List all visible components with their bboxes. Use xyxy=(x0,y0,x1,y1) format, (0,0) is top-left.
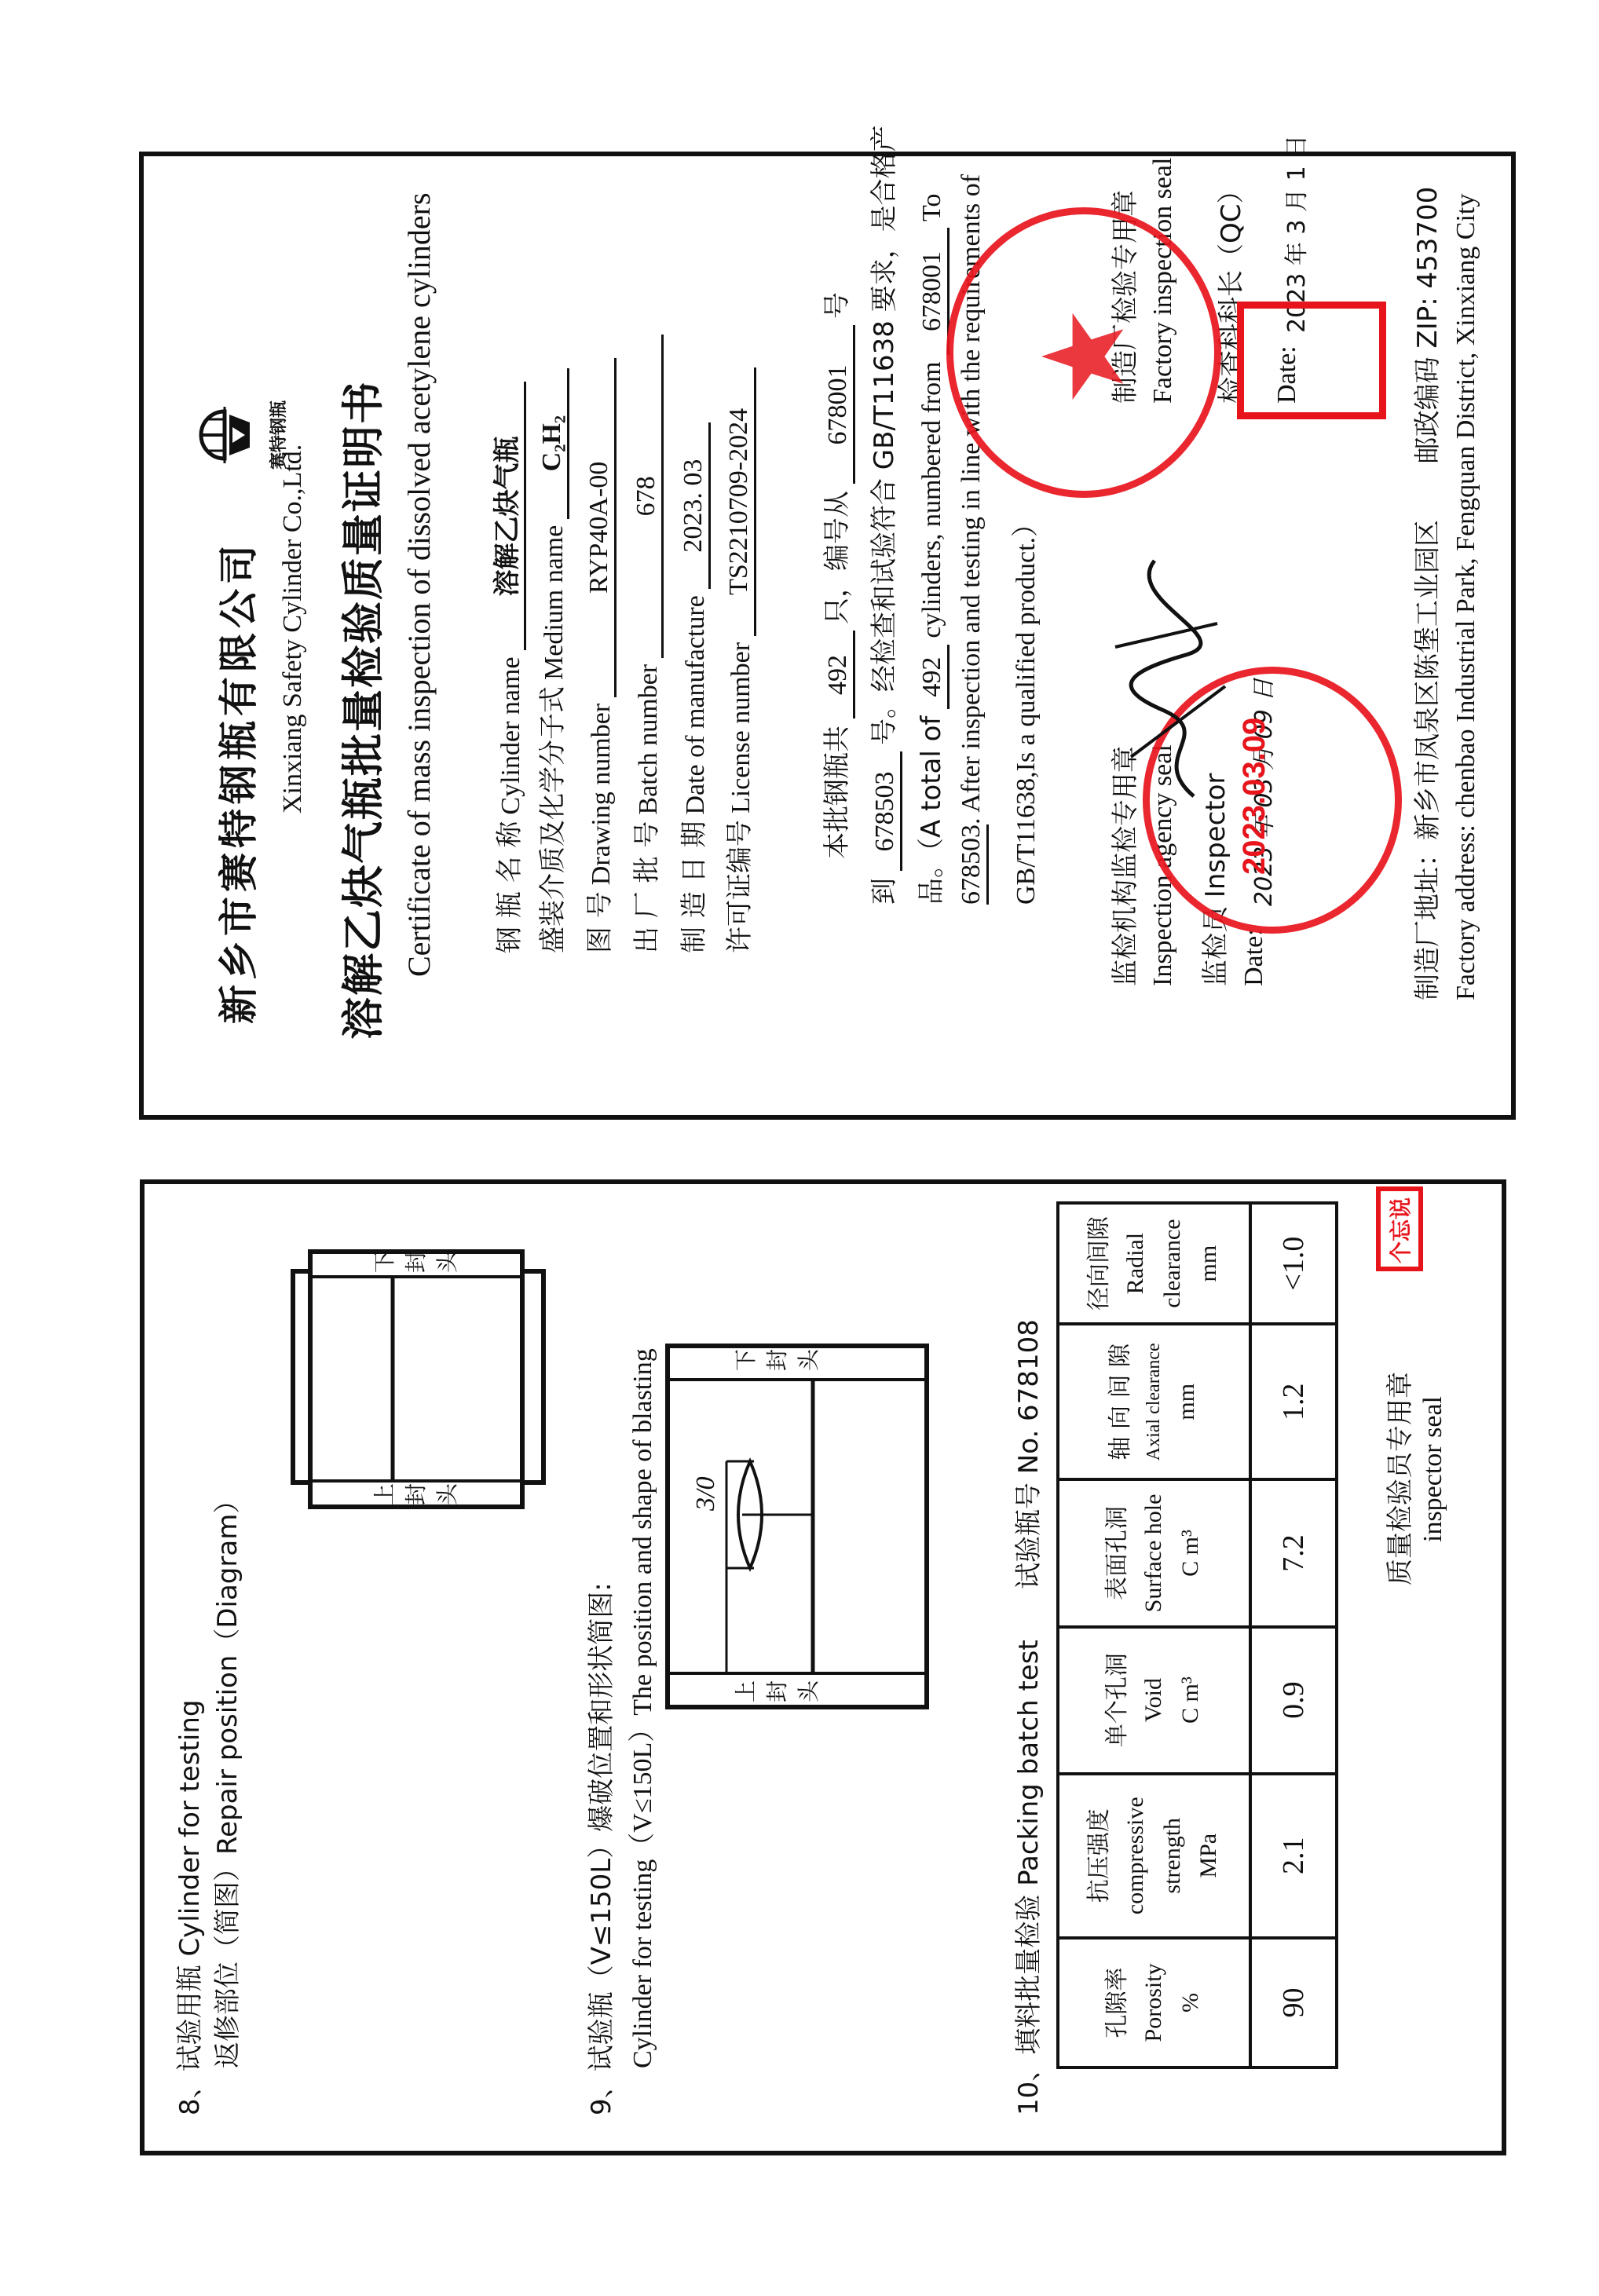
field-label-cn: 图 号 xyxy=(578,891,617,953)
date-left-label: Date: xyxy=(1239,928,1269,986)
packing-batch-table: 孔隙率Porosity% 抗压强度compressive strengthMPa… xyxy=(1056,1201,1338,2069)
company-logo-icon xyxy=(193,404,256,466)
blast-diagram-cap-bottom: 下封头 xyxy=(730,1344,825,1376)
qc-name-stamp xyxy=(1237,302,1386,419)
blast-position-diagram xyxy=(664,1338,935,1711)
table-header-cell: 单个孔洞VoidC m³ xyxy=(1058,1627,1250,1774)
factory-address-en: Factory address: chenbao Industrial Park… xyxy=(1451,194,1481,1000)
inspector-stamp-text: 个忘说 xyxy=(1384,1197,1415,1263)
blast-annotation: 3/0 xyxy=(691,1477,721,1511)
inspector-seal-label-en: inspector seal xyxy=(1418,1396,1448,1542)
repair-diagram-cap-top: 上封头 xyxy=(369,1483,463,1506)
inspector-signature xyxy=(1100,545,1241,804)
field-value: 溶解乙炔气瓶 xyxy=(485,382,526,650)
section-8-title: 8、试验用瓶 Cylinder for testing xyxy=(168,1700,207,2115)
table-cell-surface-hole: 7.2 xyxy=(1250,1479,1337,1626)
section-10-test-number: 试验瓶号 No. 678108 xyxy=(1007,1319,1045,1589)
field-medium-name: 盛装介质及化学分子式 Medium name C₂H₂ xyxy=(531,368,569,953)
factory-address-cn: 制造厂地址：新乡市凤泉区陈堡工业园区 邮政编码 ZIP: 453700 xyxy=(1406,187,1444,1000)
rotated-document: 赛特钢瓶 新乡市赛特钢瓶有限公司 Xinxiang Safety Cylinde… xyxy=(0,0,1599,2296)
agency-stamp-date: 2023.03.09 xyxy=(1237,718,1272,875)
number-to: 678503 xyxy=(870,752,902,872)
field-label-en: Medium name xyxy=(540,525,569,680)
repair-position-diagram xyxy=(306,1244,534,1511)
field-label-cn: 许可证编号 xyxy=(718,820,756,953)
blast-diagram-cap-top: 上封头 xyxy=(730,1676,825,1707)
statement-line-5: GB/T11638,Is a qualified product.） xyxy=(1004,510,1042,905)
star-icon xyxy=(1037,309,1131,404)
field-cylinder-name: 钢 瓶 名 称 Cylinder name 溶解乙炔气瓶 xyxy=(485,382,526,953)
statement-line-2: 到 678503 号。经检查和试验符合 GB/T11638 要求，是合格产 xyxy=(862,125,902,905)
field-license-number: 许可证编号 License number TS2210709-2024 xyxy=(718,367,756,953)
field-value: C₂H₂ xyxy=(537,368,569,519)
table-cell-axial-clearance: 1.2 xyxy=(1250,1324,1337,1479)
field-label-cn: 制 造 日 期 xyxy=(672,821,711,953)
table-header-cell: 抗压强度compressive strengthMPa xyxy=(1058,1774,1250,1938)
field-label-cn: 出 厂 批 号 xyxy=(625,821,664,953)
table-header-cell: 轴 向 间 隙Axial clearancemm xyxy=(1058,1324,1250,1479)
inspector-seal-label-cn: 质量检验员专用章 xyxy=(1378,1372,1417,1585)
statement-line-1: 本批钢瓶共 492 只，编号从 678001 号 xyxy=(815,292,855,859)
field-batch-number: 出 厂 批 号 Batch number 678 xyxy=(625,335,664,953)
field-label-cn: 钢 瓶 名 称 xyxy=(488,821,526,953)
table-row: 90 2.1 0.9 7.2 1.2 <1.0 xyxy=(1250,1203,1337,2067)
field-value: RYP40A-00 xyxy=(584,358,617,697)
table-header-row: 孔隙率Porosity% 抗压强度compressive strengthMPa… xyxy=(1058,1203,1250,2067)
statement-line-3: 品。（A total of 492 cylinders, numbered fr… xyxy=(909,194,950,905)
certificate-title-en: Certificate of mass inspection of dissol… xyxy=(401,192,437,977)
field-date-of-manufacture: 制 造 日 期 Date of manufacture 2023. 03 xyxy=(672,422,711,953)
number-from: 678001 xyxy=(823,326,855,484)
field-value: 2023. 03 xyxy=(679,422,711,589)
field-value: TS2210709-2024 xyxy=(724,367,756,636)
company-name-cn: 新乡市赛特钢瓶有限公司 xyxy=(207,540,264,1024)
table-cell-radial-clearance: <1.0 xyxy=(1250,1203,1337,1324)
section-9-subtitle: Cylinder for testing（V≤150L）The position… xyxy=(620,1348,659,2068)
field-value: 678 xyxy=(631,335,664,658)
field-label-en: License number xyxy=(726,642,756,813)
repair-diagram-cap-bottom: 下封头 xyxy=(369,1250,463,1274)
field-label-en: Cylinder name xyxy=(496,656,526,814)
table-header-cell: 径向间隙Radial clearancemm xyxy=(1058,1203,1250,1324)
table-cell-void: 0.9 xyxy=(1250,1627,1337,1774)
field-label-en: Batch number xyxy=(634,664,664,815)
total-count: 492 xyxy=(823,631,855,719)
section-8-subtitle: 返修部位（简图）Repair position（Diagram） xyxy=(206,1487,244,2068)
company-name-en: Xinxiang Safety Cylinder Co.,Ltd. xyxy=(278,444,308,813)
table-cell-porosity: 90 xyxy=(1250,1938,1337,2067)
field-label-cn: 盛装介质及化学分子式 xyxy=(531,686,569,953)
section-9-title: 9、试验瓶（V≤150L）爆破位置和形状简图: xyxy=(580,1582,618,2115)
table-header-cell: 孔隙率Porosity% xyxy=(1058,1938,1250,2067)
section-10-title: 10、填料批量检验 Packing batch test xyxy=(1007,1640,1045,2115)
certificate-title-cn: 溶解乙炔气瓶批量检验质量证明书 xyxy=(330,380,390,1040)
field-drawing-number: 图 号 Drawing number RYP40A-00 xyxy=(578,358,617,953)
field-label-en: Date of manufacture xyxy=(681,595,711,814)
table-header-cell: 表面孔洞Surface holeC m³ xyxy=(1058,1479,1250,1626)
table-cell-compressive-strength: 2.1 xyxy=(1250,1774,1337,1938)
field-label-en: Drawing number xyxy=(587,704,617,885)
